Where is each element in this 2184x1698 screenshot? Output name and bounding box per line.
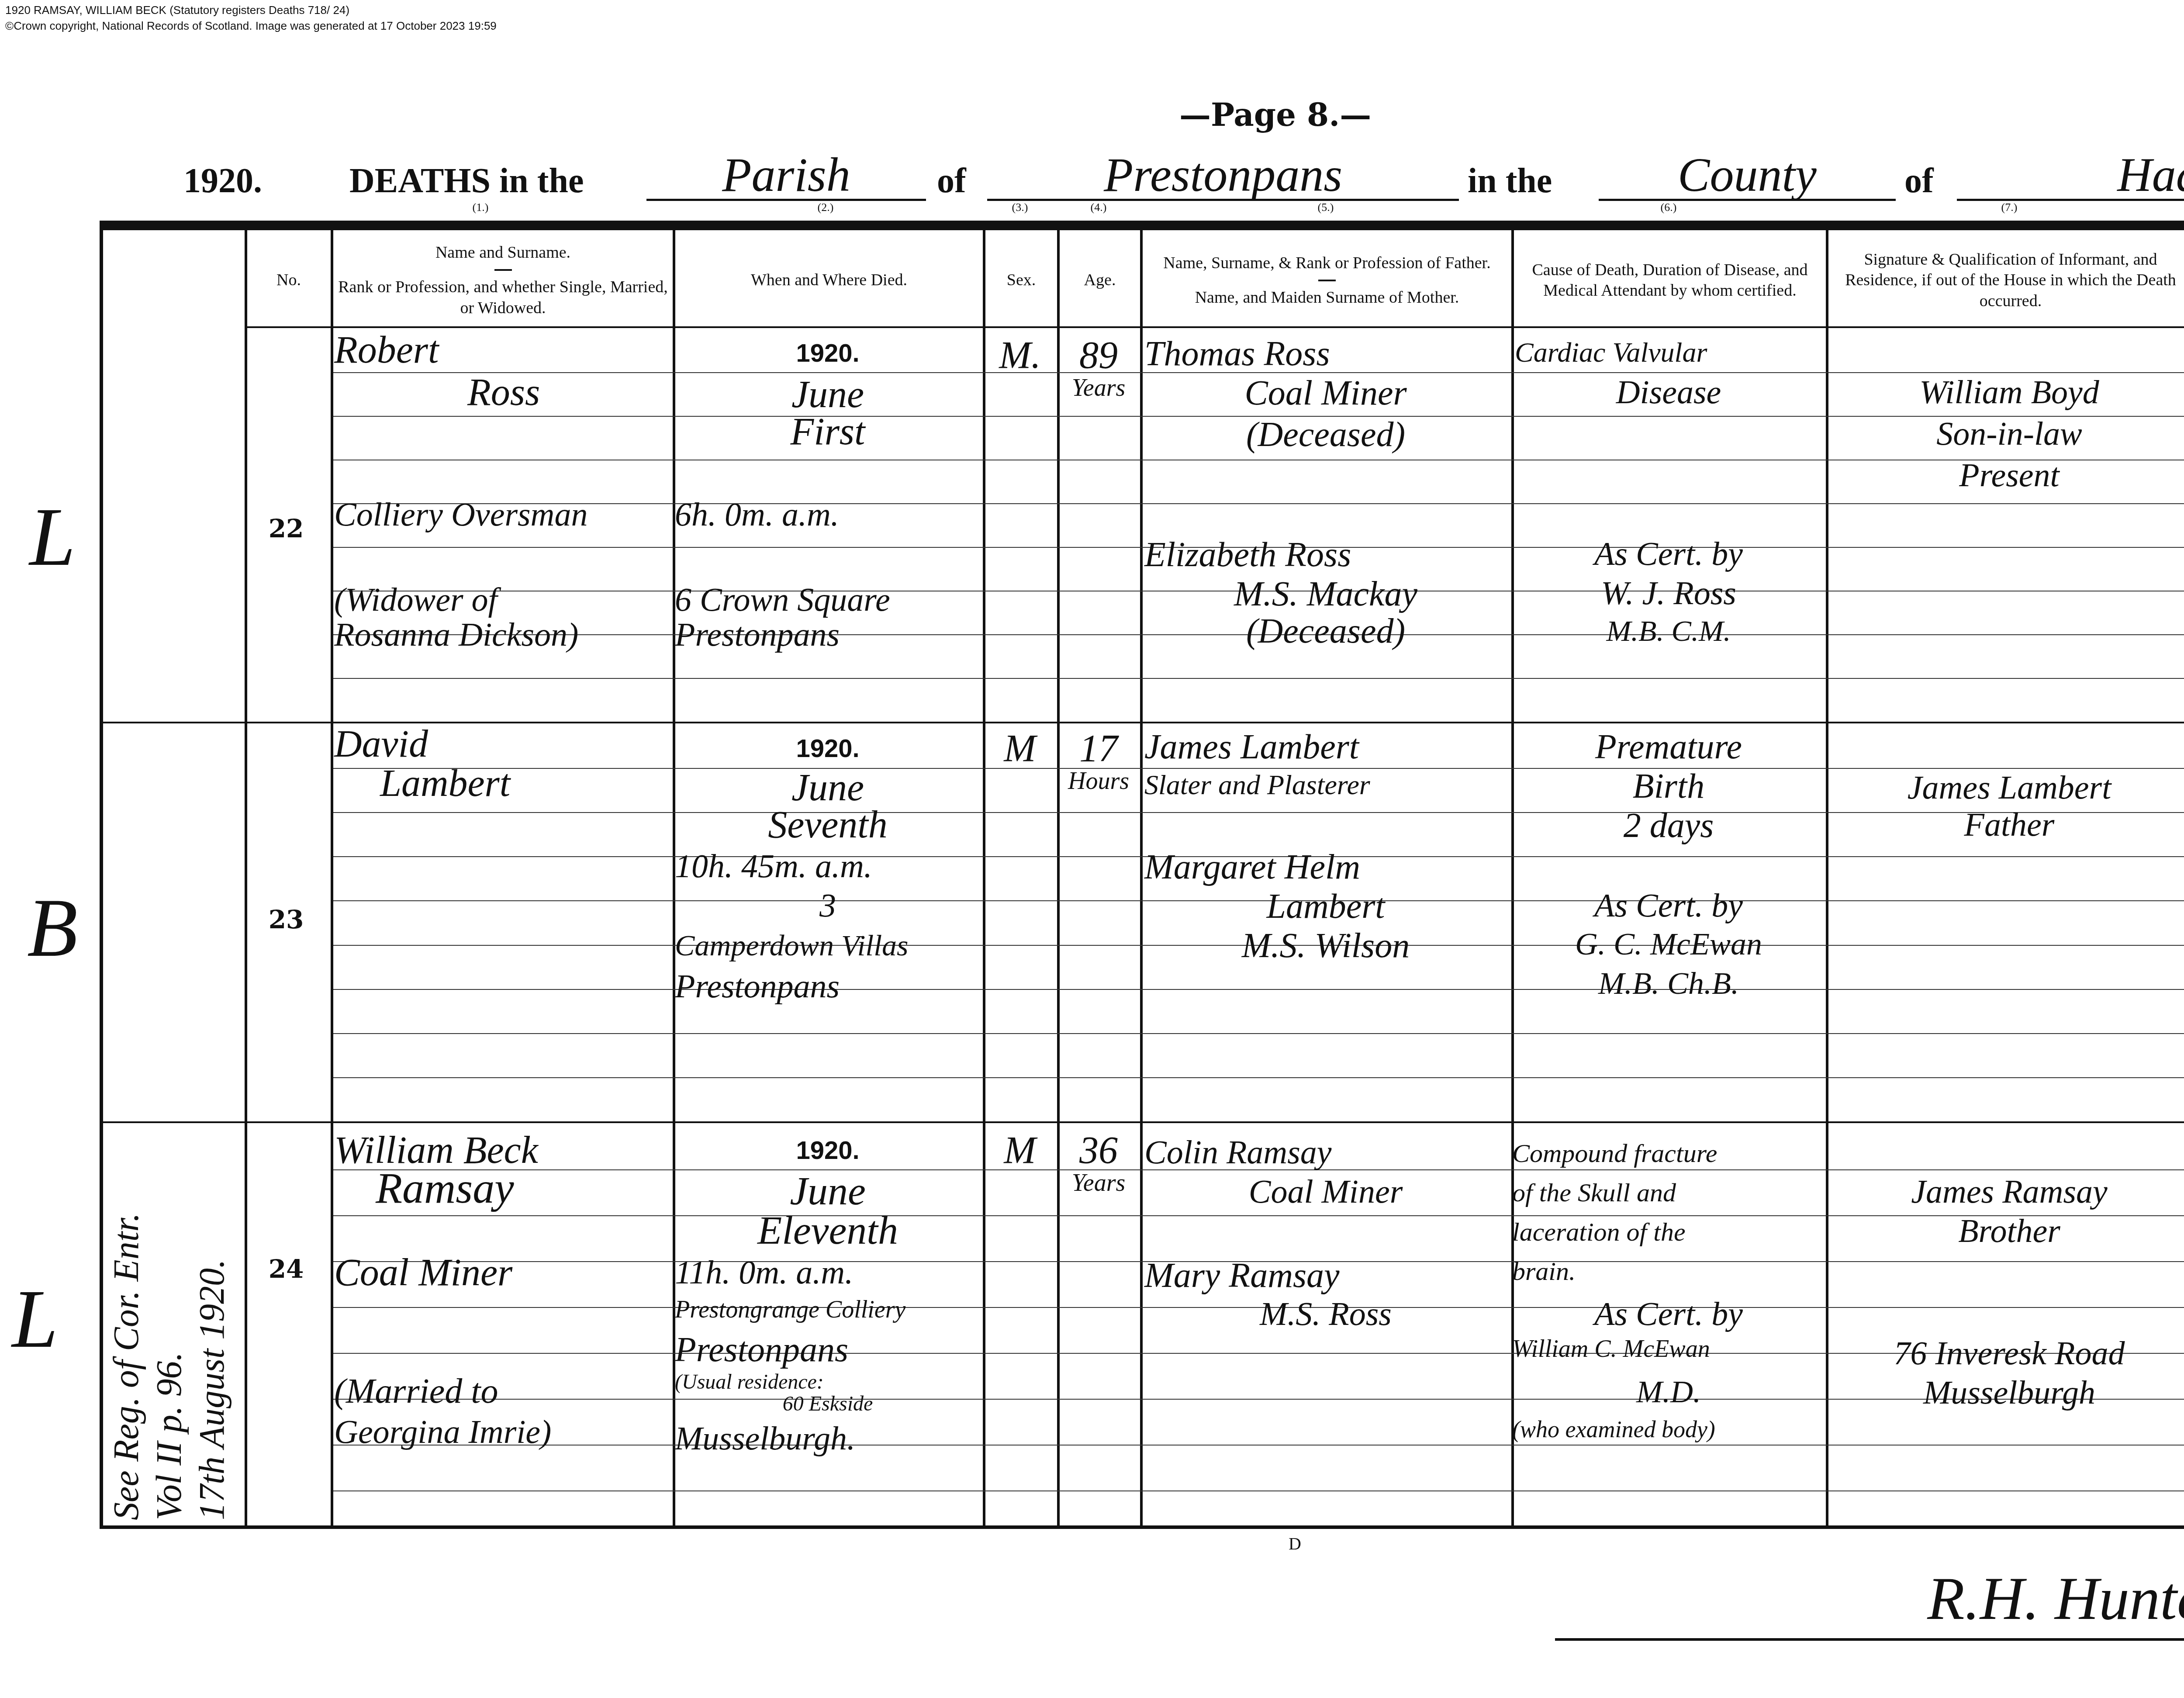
column-number: (4.): [1091, 201, 1107, 214]
informant-presence: Present: [1959, 459, 2059, 492]
informant-relation: Father: [1964, 808, 2055, 841]
column-divider: [1826, 230, 1828, 1525]
entry-divider: [103, 1121, 2184, 1123]
header-sex: Sex.: [985, 230, 1057, 331]
copyright-notice: ©Crown copyright, National Records of Sc…: [5, 19, 497, 33]
age-value: 17: [1079, 730, 1118, 768]
mother-maiden-name: M.S. Wilson: [1242, 928, 1410, 963]
medical-note: (who examined body): [1512, 1418, 1715, 1441]
title-district-type: Parish: [646, 151, 926, 201]
death-day: Seventh: [768, 806, 888, 844]
death-year: 1920.: [796, 1136, 859, 1165]
deceased-forename: Robert: [334, 331, 439, 370]
title-year: 1920.: [183, 161, 262, 201]
ruled-line: [333, 1399, 2184, 1400]
ruled-line: [333, 989, 2184, 990]
column-number: (7.): [2001, 201, 2018, 214]
age-value: 89: [1079, 336, 1118, 375]
death-time: 10h. 45m. a.m.: [675, 850, 872, 883]
mother-married-name: Lambert: [1266, 889, 1385, 924]
header-name: Name and Surname.Rank or Profession, and…: [333, 230, 673, 331]
column-number: (1.): [473, 201, 489, 214]
mother-name: Margaret Helm: [1144, 850, 1360, 885]
deceased-forename: David: [334, 725, 428, 764]
ruled-line: [333, 900, 2184, 901]
sex: M: [1004, 1131, 1036, 1170]
entry-number: 23: [269, 905, 304, 934]
mother-name: Mary Ramsay: [1144, 1258, 1340, 1293]
marital-status: (Widower of: [334, 583, 498, 616]
informant-name: James Lambert: [1908, 771, 2111, 804]
ruled-line: [333, 812, 2184, 813]
title-area: Haddington: [1957, 151, 2184, 201]
usual-residence-address: 60 Eskside: [783, 1394, 873, 1414]
column-number: (5.): [1318, 201, 1334, 214]
father-occupation: Slater and Plasterer: [1144, 771, 1370, 799]
marital-status: (Married to: [334, 1374, 498, 1409]
ruled-line: [333, 1491, 2184, 1491]
death-day: First: [790, 413, 865, 451]
margin-mark: L: [12, 1272, 58, 1367]
father-occupation: Coal Miner: [1244, 376, 1406, 411]
cause-of-death-line: brain.: [1512, 1258, 1576, 1284]
footer-registrar-signature: R.H. Hunter.: [1927, 1563, 2184, 1634]
title-of-2: of: [1904, 161, 1934, 201]
medical-attendant: G. C. McEwan: [1575, 928, 1762, 960]
father-name: Thomas Ross: [1144, 336, 1330, 371]
sex: M: [1004, 730, 1036, 768]
death-day: Eleventh: [757, 1210, 898, 1250]
column-divider: [983, 230, 985, 1525]
cause-of-death: Cardiac Valvular: [1515, 339, 1707, 367]
cause-of-death-line: laceration of the: [1512, 1219, 1686, 1245]
header-informant: Signature & Qualification of Informant, …: [1828, 230, 2184, 331]
deceased-surname: Ross: [467, 373, 540, 412]
informant-relation: Brother: [1958, 1214, 2060, 1248]
ruled-line: [333, 1215, 2184, 1216]
margin-annotation: See Reg. of Cor. Entr. Vol II p. 96. 17t…: [105, 1136, 236, 1520]
ruled-line: [333, 678, 2184, 679]
death-year: 1920.: [796, 734, 859, 763]
death-month: June: [791, 769, 864, 807]
column-divider: [1511, 230, 1514, 1525]
ruled-line: [333, 1033, 2184, 1034]
header-age: Age.: [1060, 230, 1140, 331]
medical-attendant: William C. McEwan: [1512, 1337, 1710, 1361]
informant-relation: Son-in-law: [1936, 417, 2082, 450]
column-number: (3.): [1012, 201, 1028, 214]
certification: As Cert. by: [1594, 889, 1743, 922]
record-title: 1920 RAMSAY, WILLIAM BECK (Statutory reg…: [5, 3, 349, 17]
spouse-name: Rosanna Dickson): [334, 618, 578, 651]
father-occupation: Coal Miner: [1249, 1175, 1403, 1208]
title-area-type: County: [1599, 151, 1896, 201]
death-time: 11h. 0m. a.m.: [675, 1256, 853, 1289]
disease-duration: 2 days: [1624, 808, 1714, 843]
mother-status: (Deceased): [1246, 614, 1405, 649]
death-town: Prestonpans: [675, 970, 840, 1003]
header-no: No.: [247, 230, 330, 331]
header-divider: [245, 326, 2184, 328]
column-divider: [245, 230, 247, 1525]
informant-name: William Boyd: [1919, 376, 2099, 409]
spouse-name: Georgina Imrie): [334, 1415, 551, 1449]
entry-number: 24: [269, 1254, 304, 1284]
death-register-table: No. Name and Surname.Rank or Profession,…: [100, 221, 2184, 1529]
column-divider: [1057, 230, 1060, 1525]
death-town: Prestonpans: [675, 1332, 848, 1367]
ruled-line: [333, 1445, 2184, 1446]
register-title: 1920. DEATHS in the Parish of Prestonpan…: [175, 144, 2184, 205]
column-divider: [331, 230, 333, 1525]
death-place: 6 Crown Square: [675, 583, 890, 616]
cause-of-death-line: of the Skull and: [1512, 1179, 1676, 1206]
margin-mark: B: [27, 881, 78, 976]
father-name: Colin Ramsay: [1144, 1136, 1332, 1169]
age-value: 36: [1079, 1131, 1118, 1170]
ruled-line: [333, 503, 2184, 504]
title-in-the: in the: [1468, 161, 1552, 201]
informant-name: James Ramsay: [1911, 1175, 2108, 1208]
deceased-surname: Ramsay: [376, 1166, 514, 1210]
usual-residence-town: Musselburgh.: [675, 1422, 855, 1455]
age-unit: Hours: [1068, 769, 1129, 793]
cause-of-death: Compound fracture: [1512, 1140, 1717, 1166]
death-month: June: [791, 376, 864, 414]
deceased-occupation: Coal Miner: [334, 1254, 512, 1292]
margin-mark: L: [29, 490, 76, 585]
ruled-line: [333, 1307, 2184, 1308]
age-unit: Years: [1072, 1171, 1125, 1195]
header-parents: Name, Surname, & Rank or Profession of F…: [1143, 230, 1511, 331]
column-numbers: (1.) (2.) (3.) (4.) (5.) (6.) (7.) (8.): [0, 201, 2184, 218]
mother-maiden-name: M.S. Ross: [1260, 1297, 1392, 1331]
mother-maiden-name: M.S. Mackay: [1234, 577, 1417, 612]
death-place: Camperdown Villas: [675, 930, 909, 960]
cause-of-death: Premature: [1595, 730, 1742, 764]
medical-qualification: M.B. Ch.B.: [1598, 968, 1739, 999]
death-town: Prestonpans: [675, 618, 840, 651]
medical-attendant: W. J. Ross: [1601, 577, 1736, 610]
entry-number: 22: [269, 514, 304, 543]
father-status: (Deceased): [1246, 417, 1405, 452]
age-unit: Years: [1072, 376, 1125, 400]
ruled-line: [333, 768, 2184, 769]
ruled-line: [333, 460, 2184, 460]
usual-residence-label: (Usual residence:: [675, 1372, 824, 1393]
sex: M.: [999, 336, 1040, 375]
certification: As Cert. by: [1594, 537, 1743, 571]
title-district: Prestonpans: [987, 151, 1459, 201]
death-place: Prestongrange Colliery: [675, 1297, 905, 1322]
medical-qualification: M.D.: [1636, 1376, 1701, 1408]
deceased-surname: Lambert: [380, 764, 510, 803]
death-year: 1920.: [796, 339, 859, 368]
father-name: James Lambert: [1144, 730, 1359, 764]
deceased-occupation: Colliery Oversman: [334, 498, 587, 531]
death-month: June: [790, 1171, 866, 1211]
title-of-1: of: [937, 161, 966, 201]
death-house-number: 3: [819, 889, 836, 922]
page-number: —Page 8.—: [1179, 96, 1371, 133]
mother-name: Elizabeth Ross: [1144, 537, 1351, 572]
informant-address: 76 Inveresk Road: [1894, 1337, 2125, 1370]
header-when-where: When and Where Died.: [675, 230, 983, 331]
cause-of-death-line: Birth: [1633, 769, 1704, 804]
ruled-line: [333, 1077, 2184, 1078]
death-time: 6h. 0m. a.m.: [675, 498, 839, 531]
informant-town: Musselburgh: [1923, 1376, 2095, 1409]
medical-qualification: M.B. C.M.: [1606, 616, 1731, 646]
column-number: (6.): [1661, 201, 1677, 214]
header-cause: Cause of Death, Duration of Disease, and…: [1514, 230, 1826, 331]
column-divider: [1140, 230, 1143, 1525]
cause-of-death-line: Disease: [1616, 376, 1721, 409]
certification: As Cert. by: [1594, 1297, 1743, 1331]
page-letter: D: [1289, 1533, 1301, 1554]
footer-signature-line: R.H. Hunter.: [1555, 1573, 2184, 1641]
column-number: (2.): [818, 201, 834, 214]
title-deaths: DEATHS in the: [349, 161, 584, 201]
